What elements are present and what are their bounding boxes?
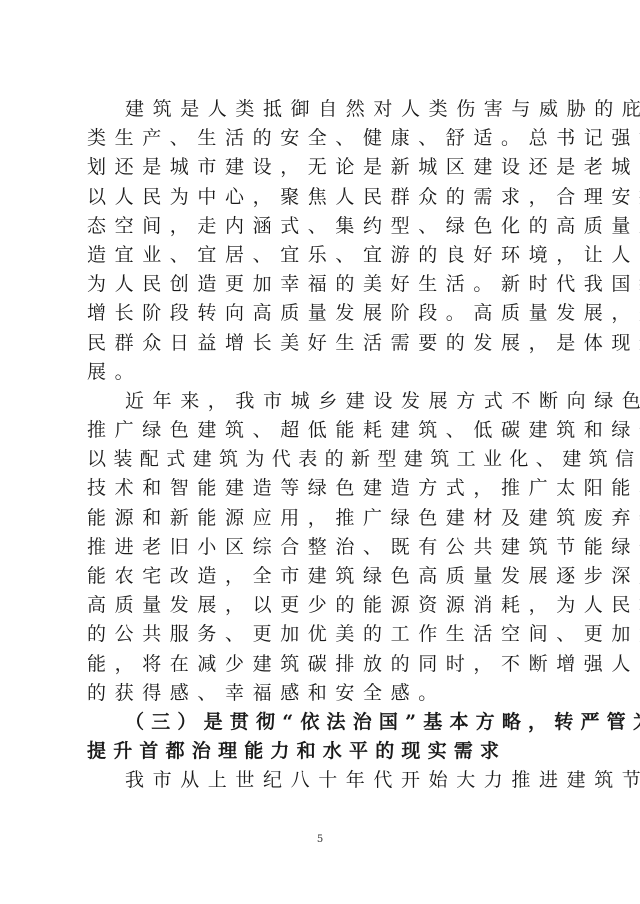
text-line: 态空间，走内涵式、集约型、绿色化的高质量发展路子，努力创 <box>87 212 559 241</box>
paragraph-intro: 建筑是人类抵御自然对人类伤害与威胁的庇护所，它保障人 类生产、生活的安全、健康、… <box>87 95 559 387</box>
text-line: 增长阶段转向高质量发展阶段。高质量发展，是能够很好满足人 <box>87 299 559 328</box>
document-page: 建筑是人类抵御自然对人类伤害与威胁的庇护所，它保障人 类生产、生活的安全、健康、… <box>87 95 559 796</box>
text-line: 展。 <box>87 358 559 387</box>
page-number: 5 <box>0 834 640 845</box>
text-line: 以人民为中心，聚焦人民群众的需求，合理安排生产、生活、生 <box>87 183 559 212</box>
text-line: 造宜业、宜居、宜乐、宜游的良好环境，让人民有更多获得感， <box>87 241 559 270</box>
text-line: 能源和新能源应用，推广绿色建材及建筑废弃物再生产品应用， <box>87 504 559 533</box>
text-line: 以装配式建筑为代表的新型建筑工业化、建筑信息模型（BIM） <box>87 445 559 474</box>
paragraph-building-energy: 我市从上世纪八十年代开始大力推进建筑节能工作，经过 <box>87 766 559 795</box>
paragraph-green-transition: 近年来，我市城乡建设发展方式不断向绿色低碳转型，大力 推广绿色建筑、超低能耗建筑… <box>87 387 559 708</box>
text-line: 能，将在减少建筑碳排放的同时，不断增强人民群众对宜居建筑 <box>87 650 559 679</box>
text-line: 建筑是人类抵御自然对人类伤害与威胁的庇护所，它保障人 <box>87 95 559 124</box>
text-line: 民群众日益增长美好生活需要的发展，是体现新发展理念的发 <box>87 329 559 358</box>
text-line: 推广绿色建筑、超低能耗建筑、低碳建筑和绿色宜居农宅，推动 <box>87 416 559 445</box>
text-line: 为人民创造更加幸福的美好生活。新时代我国经济发展已由高速 <box>87 270 559 299</box>
text-line: 推进老旧小区综合整治、既有公共建筑节能绿色化改造及抗震节 <box>87 533 559 562</box>
text-line: 的获得感、幸福感和安全感。 <box>87 679 559 708</box>
heading-line: （三）是贯彻“依法治国”基本方略，转严管为精治，着力 <box>87 708 559 737</box>
text-line: 我市从上世纪八十年代开始大力推进建筑节能工作，经过 <box>87 766 559 795</box>
text-line: 高质量发展，以更少的能源资源消耗，为人民群众提供更加优良 <box>87 591 559 620</box>
text-line: 的公共服务、更加优美的工作生活空间、更加完善的建筑使用功 <box>87 620 559 649</box>
text-line: 类生产、生活的安全、健康、舒适。总书记强调，无论是城市规 <box>87 124 559 153</box>
text-line: 近年来，我市城乡建设发展方式不断向绿色低碳转型，大力 <box>87 387 559 416</box>
text-line: 能农宅改造，全市建筑绿色高质量发展逐步深入。推动建筑绿色 <box>87 562 559 591</box>
text-line: 划还是城市建设，无论是新城区建设还是老城区改造，都要坚持 <box>87 153 559 182</box>
text-line: 技术和智能建造等绿色建造方式，推广太阳能、地热能等可再生 <box>87 474 559 503</box>
section-heading: （三）是贯彻“依法治国”基本方略，转严管为精治，着力 提升首都治理能力和水平的现… <box>87 708 559 766</box>
heading-line: 提升首都治理能力和水平的现实需求 <box>87 737 559 766</box>
